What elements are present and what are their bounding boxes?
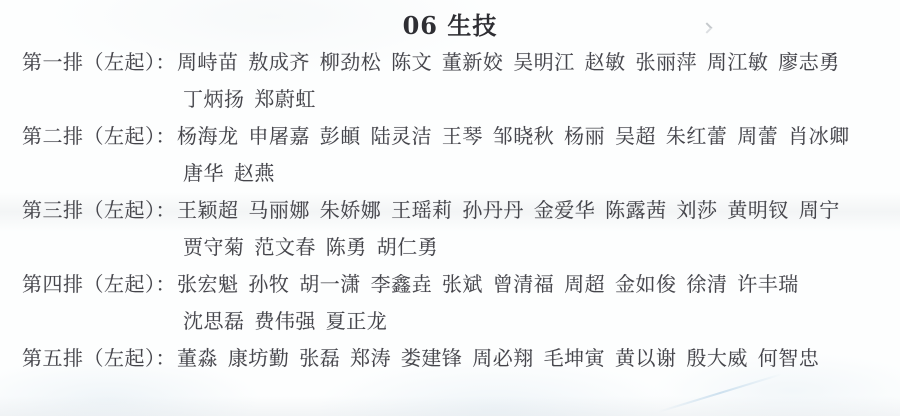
row-2-label: 第二排（左起）： [22, 124, 176, 148]
scan-shading-band-bottom [0, 396, 900, 416]
row-4-line: 第四排（左起）：张宏魁 孙牧 胡一潇 李鑫垚 张斌 曾清福 周超 金如俊 徐清 … [22, 266, 900, 303]
row-1-names-continued: 丁炳扬 郑蔚虹 [22, 81, 900, 118]
row-2-line: 第二排（左起）：杨海龙 申屠嘉 彭頔 陆灵洁 王琴 邹晓秋 杨丽 吴超 朱红蕾 … [22, 118, 900, 155]
row-3-names-continued: 贾守菊 范文春 陈勇 胡仁勇 [22, 229, 900, 266]
row-3-line: 第三排（左起）：王颖超 马丽娜 朱娇娜 王瑶莉 孙丹丹 金爱华 陈露茜 刘莎 黄… [22, 192, 900, 229]
row-5-names: 董淼 康坊勤 张磊 郑涛 娄建锋 周必翔 毛坤寅 黄以谢 殷大威 何智忠 [177, 346, 819, 370]
row-5-label: 第五排（左起）： [22, 346, 176, 370]
row-1-line: 第一排（左起）：周峙苗 敖成齐 柳劲松 陈文 董新姣 吴明江 赵敏 张丽萍 周江… [22, 44, 900, 81]
row-1-label: 第一排（左起）： [22, 50, 176, 74]
row-2-names-continued: 唐华 赵燕 [22, 155, 900, 192]
row-2-names: 杨海龙 申屠嘉 彭頔 陆灵洁 王琴 邹晓秋 杨丽 吴超 朱红蕾 周蕾 肖冰卿 [177, 124, 850, 148]
row-1-names: 周峙苗 敖成齐 柳劲松 陈文 董新姣 吴明江 赵敏 张丽萍 周江敏 廖志勇 [177, 50, 840, 74]
scan-artifact-line [658, 373, 783, 413]
name-roster: 第一排（左起）：周峙苗 敖成齐 柳劲松 陈文 董新姣 吴明江 赵敏 张丽萍 周江… [0, 44, 900, 377]
page-title: 06 生技 [0, 0, 900, 44]
row-4-names-continued: 沈思磊 费伟强 夏正龙 [22, 303, 900, 340]
row-3-names: 王颖超 马丽娜 朱娇娜 王瑶莉 孙丹丹 金爱华 陈露茜 刘莎 黄明钗 周宁 [177, 198, 840, 222]
row-4-label: 第四排（左起）： [22, 272, 176, 296]
row-4-names: 张宏魁 孙牧 胡一潇 李鑫垚 张斌 曾清福 周超 金如俊 徐清 许丰瑞 [177, 272, 799, 296]
row-5-line: 第五排（左起）：董淼 康坊勤 张磊 郑涛 娄建锋 周必翔 毛坤寅 黄以谢 殷大威… [22, 340, 900, 377]
row-3-label: 第三排（左起）： [22, 198, 176, 222]
scanned-roster-document: 06 生技 第一排（左起）：周峙苗 敖成齐 柳劲松 陈文 董新姣 吴明江 赵敏 … [0, 0, 900, 416]
